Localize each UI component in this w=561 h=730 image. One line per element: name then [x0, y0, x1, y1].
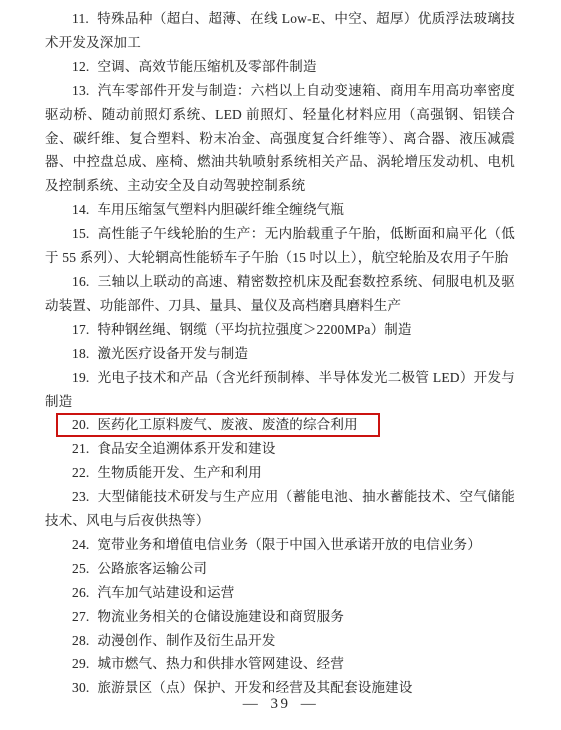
item-text: 公路旅客运输公司: [97, 561, 207, 576]
item-line-wrap: 15.高性能子午线轮胎的生产：无内胎载重子午胎，低断面和扁平化（低于 55 系列…: [45, 226, 515, 265]
item-text: 物流业务相关的仓储设施建设和商贸服务: [97, 609, 344, 624]
item-line-wrap: 23.大型储能技术研发与生产应用（蓄能电池、抽水蓄能技术、空气储能技术、风电与后…: [45, 489, 515, 528]
list-item: 26.汽车加气站建设和运营: [45, 581, 515, 605]
item-number: 25.: [72, 561, 89, 576]
item-number: 20.: [72, 417, 89, 432]
list-item: 19.光电子技术和产品（含光纤预制棒、半导体发光二极管 LED）开发与制造: [45, 366, 515, 414]
item-text: 光电子技术和产品（含光纤预制棒、半导体发光二极管 LED）开发与制造: [45, 370, 515, 409]
list-item: 22.生物质能开发、生产和利用: [45, 461, 515, 485]
item-line-wrap: 27.物流业务相关的仓储设施建设和商贸服务: [72, 609, 344, 624]
list-item: 15.高性能子午线轮胎的生产：无内胎载重子午胎，低断面和扁平化（低于 55 系列…: [45, 222, 515, 270]
list-item: 16.三轴以上联动的高速、精密数控机床及配套数控系统、伺服电机及驱动装置、功能部…: [45, 270, 515, 318]
item-number: 13.: [72, 83, 89, 98]
item-text: 激光医疗设备开发与制造: [97, 346, 248, 361]
item-line-wrap: 13.汽车零部件开发与制造：六档以上自动变速箱、商用车用高功率密度驱动桥、随动前…: [45, 83, 515, 194]
page-number: — 39 —: [0, 696, 561, 713]
item-line-wrap: 25.公路旅客运输公司: [72, 561, 207, 576]
item-number: 28.: [72, 633, 89, 648]
list-item: 23.大型储能技术研发与生产应用（蓄能电池、抽水蓄能技术、空气储能技术、风电与后…: [45, 485, 515, 533]
item-number: 29.: [72, 656, 89, 671]
list-item: 14.车用压缩氢气塑料内胆碳纤维全缠绕气瓶: [45, 198, 515, 222]
item-line-wrap: 24.宽带业务和增值电信业务（限于中国入世承诺开放的电信业务）: [72, 537, 481, 552]
item-number: 12.: [72, 59, 89, 74]
item-text: 高性能子午线轮胎的生产：无内胎载重子午胎，低断面和扁平化（低于 55 系列）、大…: [45, 226, 515, 265]
item-line-wrap: 20.医药化工原料废气、废液、废渣的综合利用: [72, 417, 358, 432]
item-text: 大型储能技术研发与生产应用（蓄能电池、抽水蓄能技术、空气储能技术、风电与后夜供热…: [45, 489, 515, 528]
item-number: 27.: [72, 609, 89, 624]
item-text: 食品安全追溯体系开发和建设: [97, 441, 275, 456]
item-line-wrap: 29.城市燃气、热力和供排水管网建设、经营: [72, 656, 344, 671]
list-item: 18.激光医疗设备开发与制造: [45, 342, 515, 366]
item-number: 17.: [72, 322, 89, 337]
item-text: 城市燃气、热力和供排水管网建设、经营: [97, 656, 344, 671]
item-line-wrap: 30.旅游景区（点）保护、开发和经营及其配套设施建设: [72, 680, 413, 695]
item-number: 14.: [72, 202, 89, 217]
item-line-wrap: 22.生物质能开发、生产和利用: [72, 465, 262, 480]
list-item: 27.物流业务相关的仓储设施建设和商贸服务: [45, 605, 515, 629]
item-number: 21.: [72, 441, 89, 456]
item-line-wrap: 26.汽车加气站建设和运营: [72, 585, 234, 600]
list-item: 25.公路旅客运输公司: [45, 557, 515, 581]
list-item: 20.医药化工原料废气、废液、废渣的综合利用: [45, 413, 515, 437]
item-number: 16.: [72, 274, 89, 289]
item-text: 宽带业务和增值电信业务（限于中国入世承诺开放的电信业务）: [97, 537, 481, 552]
item-number: 23.: [72, 489, 89, 504]
item-text: 车用压缩氢气塑料内胆碳纤维全缠绕气瓶: [97, 202, 344, 217]
item-text: 生物质能开发、生产和利用: [97, 465, 261, 480]
item-number: 11.: [72, 11, 89, 26]
numbered-list: 11.特殊品种（超白、超薄、在线 Low-E、中空、超厚）优质浮法玻璃技术开发及…: [45, 7, 515, 700]
item-line-wrap: 21.食品安全追溯体系开发和建设: [72, 441, 276, 456]
list-item: 17.特种钢丝绳、钢缆（平均抗拉强度＞2200MPa）制造: [45, 318, 515, 342]
list-item: 29.城市燃气、热力和供排水管网建设、经营: [45, 652, 515, 676]
item-number: 26.: [72, 585, 89, 600]
item-number: 22.: [72, 465, 89, 480]
item-text: 汽车加气站建设和运营: [97, 585, 234, 600]
item-text: 动漫创作、制作及衍生品开发: [97, 633, 275, 648]
item-line-wrap: 17.特种钢丝绳、钢缆（平均抗拉强度＞2200MPa）制造: [72, 322, 412, 337]
item-line-wrap: 18.激光医疗设备开发与制造: [72, 346, 248, 361]
item-text: 特殊品种（超白、超薄、在线 Low-E、中空、超厚）优质浮法玻璃技术开发及深加工: [45, 11, 515, 50]
item-text: 医药化工原料废气、废液、废渣的综合利用: [97, 417, 357, 432]
item-line-wrap: 11.特殊品种（超白、超薄、在线 Low-E、中空、超厚）优质浮法玻璃技术开发及…: [45, 11, 515, 50]
item-number: 30.: [72, 680, 89, 695]
item-text: 旅游景区（点）保护、开发和经营及其配套设施建设: [97, 680, 412, 695]
list-item: 11.特殊品种（超白、超薄、在线 Low-E、中空、超厚）优质浮法玻璃技术开发及…: [45, 7, 515, 55]
item-line-wrap: 14.车用压缩氢气塑料内胆碳纤维全缠绕气瓶: [72, 202, 344, 217]
list-item: 21.食品安全追溯体系开发和建设: [45, 437, 515, 461]
item-line-wrap: 19.光电子技术和产品（含光纤预制棒、半导体发光二极管 LED）开发与制造: [45, 370, 515, 409]
item-text: 三轴以上联动的高速、精密数控机床及配套数控系统、伺服电机及驱动装置、功能部件、刀…: [45, 274, 515, 313]
item-number: 18.: [72, 346, 89, 361]
item-text: 特种钢丝绳、钢缆（平均抗拉强度＞2200MPa）制造: [97, 322, 411, 337]
item-line-wrap: 16.三轴以上联动的高速、精密数控机床及配套数控系统、伺服电机及驱动装置、功能部…: [45, 274, 515, 313]
item-number: 15.: [72, 226, 89, 241]
list-item: 28.动漫创作、制作及衍生品开发: [45, 629, 515, 653]
document-page: 11.特殊品种（超白、超薄、在线 Low-E、中空、超厚）优质浮法玻璃技术开发及…: [0, 0, 561, 730]
list-item: 24.宽带业务和增值电信业务（限于中国入世承诺开放的电信业务）: [45, 533, 515, 557]
item-text: 汽车零部件开发与制造：六档以上自动变速箱、商用车用高功率密度驱动桥、随动前照灯系…: [45, 83, 515, 194]
item-line-wrap: 12.空调、高效节能压缩机及零部件制造: [72, 59, 317, 74]
item-number: 24.: [72, 537, 89, 552]
item-text: 空调、高效节能压缩机及零部件制造: [97, 59, 316, 74]
list-item: 12.空调、高效节能压缩机及零部件制造: [45, 55, 515, 79]
item-number: 19.: [72, 370, 89, 385]
list-item: 13.汽车零部件开发与制造：六档以上自动变速箱、商用车用高功率密度驱动桥、随动前…: [45, 79, 515, 199]
item-line-wrap: 28.动漫创作、制作及衍生品开发: [72, 633, 276, 648]
